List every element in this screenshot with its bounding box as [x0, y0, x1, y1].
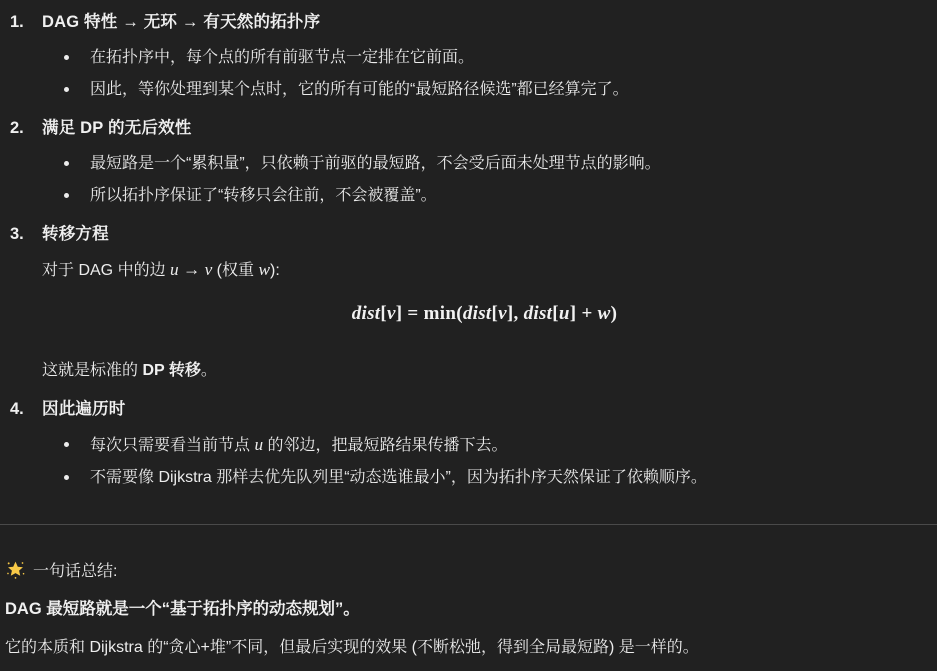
summary-heading-text: 一句话总结:: [33, 563, 117, 580]
section-number: 4.: [10, 396, 42, 423]
bullet-list: 每次只需要看当前节点 u 的邻边，把最短路结果传播下去。 不需要像 Dijkst…: [10, 431, 927, 491]
section-4-heading: 4. 因此遍历时: [10, 396, 927, 423]
bullet-item: 所以拓扑序保证了“转移只会往前，不会被覆盖”。: [10, 182, 927, 209]
section-2-heading: 2. 满足 DP 的无后效性: [10, 115, 927, 142]
chat-message-content: 1. DAG 特性 → 无环 → 有天然的拓扑序 在拓扑序中，每个点的所有前驱节…: [0, 0, 937, 661]
formula-outro-text: 这就是标准的 DP 转移。: [42, 357, 927, 384]
section-1: 1. DAG 特性 → 无环 → 有天然的拓扑序 在拓扑序中，每个点的所有前驱节…: [10, 9, 927, 103]
section-3-heading: 3. 转移方程: [10, 221, 927, 248]
bullet-item: 每次只需要看当前节点 u 的邻边，把最短路结果传播下去。: [10, 431, 927, 459]
section-title: 转移方程: [42, 221, 109, 248]
bullet-item: 最短路是一个“累积量”，只依赖于前驱的最短路，不会受后面未处理节点的影响。: [10, 150, 927, 177]
summary-block: 一句话总结: DAG 最短路就是一个“基于拓扑序的动态规划”。 它的本质和 Di…: [0, 558, 937, 661]
glowing-star-icon: [5, 559, 26, 580]
numbered-list: 1. DAG 特性 → 无环 → 有天然的拓扑序 在拓扑序中，每个点的所有前驱节…: [0, 9, 937, 491]
section-4: 4. 因此遍历时 每次只需要看当前节点 u 的邻边，把最短路结果传播下去。 不需…: [10, 396, 927, 491]
section-divider: [0, 524, 937, 525]
bullet-item: 因此，等你处理到某个点时，它的所有可能的“最短路径候选”都已经算完了。: [10, 76, 927, 103]
section-number: 1.: [10, 9, 42, 36]
section-title: 因此遍历时: [42, 396, 126, 423]
section-title: DAG 特性 → 无环 → 有天然的拓扑序: [42, 9, 320, 36]
section-1-heading: 1. DAG 特性 → 无环 → 有天然的拓扑序: [10, 9, 927, 36]
section-number: 2.: [10, 115, 42, 142]
math-formula: dist[v] = min(dist[v], dist[u] + w): [42, 298, 927, 330]
section-title: 满足 DP 的无后效性: [42, 115, 192, 142]
summary-detail-line: 它的本质和 Dijkstra 的“贪心+堆”不同，但最后实现的效果 (不断松弛，…: [5, 634, 929, 661]
bullet-item: 不需要像 Dijkstra 那样去优先队列里“动态选谁最小”，因为拓扑序天然保证…: [10, 464, 927, 491]
summary-bold-line: DAG 最短路就是一个“基于拓扑序的动态规划”。: [5, 596, 929, 623]
section-number: 3.: [10, 221, 42, 248]
bullet-item: 在拓扑序中，每个点的所有前驱节点一定排在它前面。: [10, 44, 927, 71]
bullet-list: 在拓扑序中，每个点的所有前驱节点一定排在它前面。 因此，等你处理到某个点时，它的…: [10, 44, 927, 103]
formula-intro-text: 对于 DAG 中的边 u → v (权重 w):: [42, 256, 927, 284]
summary-heading-line: 一句话总结:: [5, 558, 929, 585]
bullet-list: 最短路是一个“累积量”，只依赖于前驱的最短路，不会受后面未处理节点的影响。 所以…: [10, 150, 927, 209]
section-3: 3. 转移方程 对于 DAG 中的边 u → v (权重 w): dist[v]…: [10, 221, 927, 384]
section-2: 2. 满足 DP 的无后效性 最短路是一个“累积量”，只依赖于前驱的最短路，不会…: [10, 115, 927, 209]
